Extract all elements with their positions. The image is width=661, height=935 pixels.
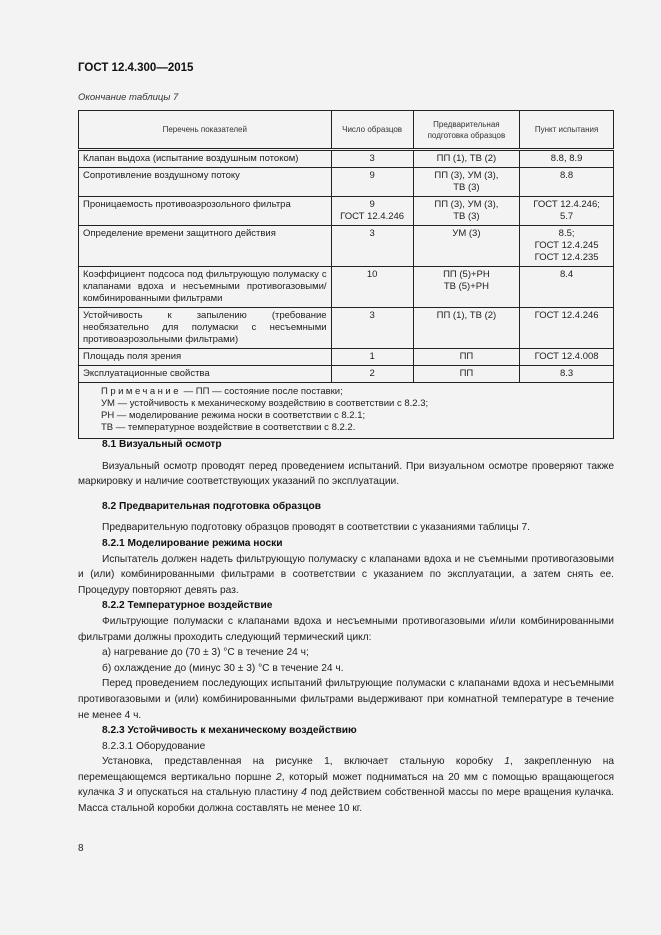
note-line: ТВ — температурное воздействие в соответ… [101, 422, 609, 434]
cell-preparation: ПП [413, 349, 520, 366]
cell-clause: ГОСТ 12.4.246;5.7 [520, 197, 614, 226]
column-header-indicator: Перечень показателей [79, 111, 332, 150]
cell-clause: 8.8, 8.9 [520, 150, 614, 168]
cell-indicator: Эксплуатационные свойства [79, 366, 332, 383]
table-note-row: Примечание — ПП — состояние после постав… [79, 383, 614, 439]
document-body: 8.1 Визуальный осмотр Визуальный осмотр … [78, 437, 614, 817]
table-row: Коэффициент подсоса под фильтрующую полу… [79, 267, 614, 308]
section-heading-8-1: 8.1 Визуальный осмотр [78, 437, 614, 453]
section-text-8-2: Предварительную подготовку образцов пров… [78, 520, 614, 536]
section-text-8-2-1: Испытатель должен надеть фильтрующую пол… [78, 552, 614, 599]
cell-indicator: Проницаемость противоаэрозольного фильтр… [79, 197, 332, 226]
cell-preparation: ПП (3), УМ (3),ТВ (3) [413, 168, 520, 197]
cell-indicator: Устойчивость к запылению (требование нео… [79, 308, 332, 349]
cell-samples: 9ГОСТ 12.4.246 [331, 197, 413, 226]
note-label: Примечание [101, 386, 181, 397]
table-caption: Окончание таблицы 7 [78, 92, 178, 103]
cell-indicator: Клапан выдоха (испытание воздушным поток… [79, 150, 332, 168]
column-header-clause: Пункт испытания [520, 111, 614, 150]
table-row: Проницаемость противоаэрозольного фильтр… [79, 197, 614, 226]
section-text-8-1: Визуальный осмотр проводят перед проведе… [78, 459, 614, 490]
table-row: Площадь поля зрения1ППГОСТ 12.4.008 [79, 349, 614, 366]
cell-clause: ГОСТ 12.4.008 [520, 349, 614, 366]
document-id-header: ГОСТ 12.4.300—2015 [78, 62, 193, 74]
cell-clause: ГОСТ 12.4.246 [520, 308, 614, 349]
table-row: Устойчивость к запылению (требование нео… [79, 308, 614, 349]
cell-preparation: ПП (1), ТВ (2) [413, 150, 520, 168]
section-heading-8-2: 8.2 Предварительная подготовка образцов [78, 499, 614, 515]
column-header-samples: Число образцов [331, 111, 413, 150]
note-line: РН — моделирование режима носки в соотве… [101, 410, 609, 422]
note-line: Примечание — ПП — состояние после постав… [101, 386, 609, 398]
cell-preparation: ПП (5)+РНТВ (5)+РН [413, 267, 520, 308]
column-header-preparation: Предварительная подготовка образцов [413, 111, 520, 150]
cell-clause: 8.8 [520, 168, 614, 197]
section-heading-8-2-3-1: 8.2.3.1 Оборудование [78, 739, 614, 755]
section-heading-8-2-2: 8.2.2 Температурное воздействие [78, 598, 614, 614]
section-text-8-2-2-after: Перед проведением последующих испытаний … [78, 676, 614, 723]
cell-preparation: ПП [413, 366, 520, 383]
cell-indicator: Сопротивление воздушному потоку [79, 168, 332, 197]
cell-samples: 2 [331, 366, 413, 383]
cell-clause: 8.3 [520, 366, 614, 383]
cell-samples: 3 [331, 150, 413, 168]
table-row: Клапан выдоха (испытание воздушным поток… [79, 150, 614, 168]
page-number: 8 [78, 843, 84, 854]
cell-preparation: УМ (3) [413, 226, 520, 267]
table-header-row: Перечень показателей Число образцов Пред… [79, 111, 614, 150]
table-row: Определение времени защитного действия3У… [79, 226, 614, 267]
section-text-8-2-3-1: Установка, представленная на рисунке 1, … [78, 754, 614, 816]
table-note: Примечание — ПП — состояние после постав… [79, 383, 614, 439]
cell-samples: 3 [331, 308, 413, 349]
list-item-b: б) охлаждение до (минус 30 ± 3) °С в теч… [78, 661, 614, 677]
cell-clause: 8.4 [520, 267, 614, 308]
table-row: Сопротивление воздушному потоку9ПП (3), … [79, 168, 614, 197]
cell-indicator: Коэффициент подсоса под фильтрующую полу… [79, 267, 332, 308]
cell-clause: 8.5;ГОСТ 12.4.245ГОСТ 12.4.235 [520, 226, 614, 267]
note-line: УМ — устойчивость к механическому воздей… [101, 398, 609, 410]
list-item-a: а) нагревание до (70 ± 3) °С в течение 2… [78, 645, 614, 661]
cell-samples: 3 [331, 226, 413, 267]
test-program-table: Перечень показателей Число образцов Пред… [78, 110, 614, 439]
cell-preparation: ПП (1), ТВ (2) [413, 308, 520, 349]
section-heading-8-2-3: 8.2.3 Устойчивость к механическому возде… [78, 723, 614, 739]
section-heading-8-2-1: 8.2.1 Моделирование режима носки [78, 536, 614, 552]
cell-preparation: ПП (3), УМ (3),ТВ (3) [413, 197, 520, 226]
cell-indicator: Площадь поля зрения [79, 349, 332, 366]
section-text-8-2-2: Фильтрующие полумаски с клапанами вдоха … [78, 614, 614, 645]
cell-samples: 10 [331, 267, 413, 308]
cell-samples: 1 [331, 349, 413, 366]
cell-indicator: Определение времени защитного действия [79, 226, 332, 267]
cell-samples: 9 [331, 168, 413, 197]
table-row: Эксплуатационные свойства2ПП8.3 [79, 366, 614, 383]
